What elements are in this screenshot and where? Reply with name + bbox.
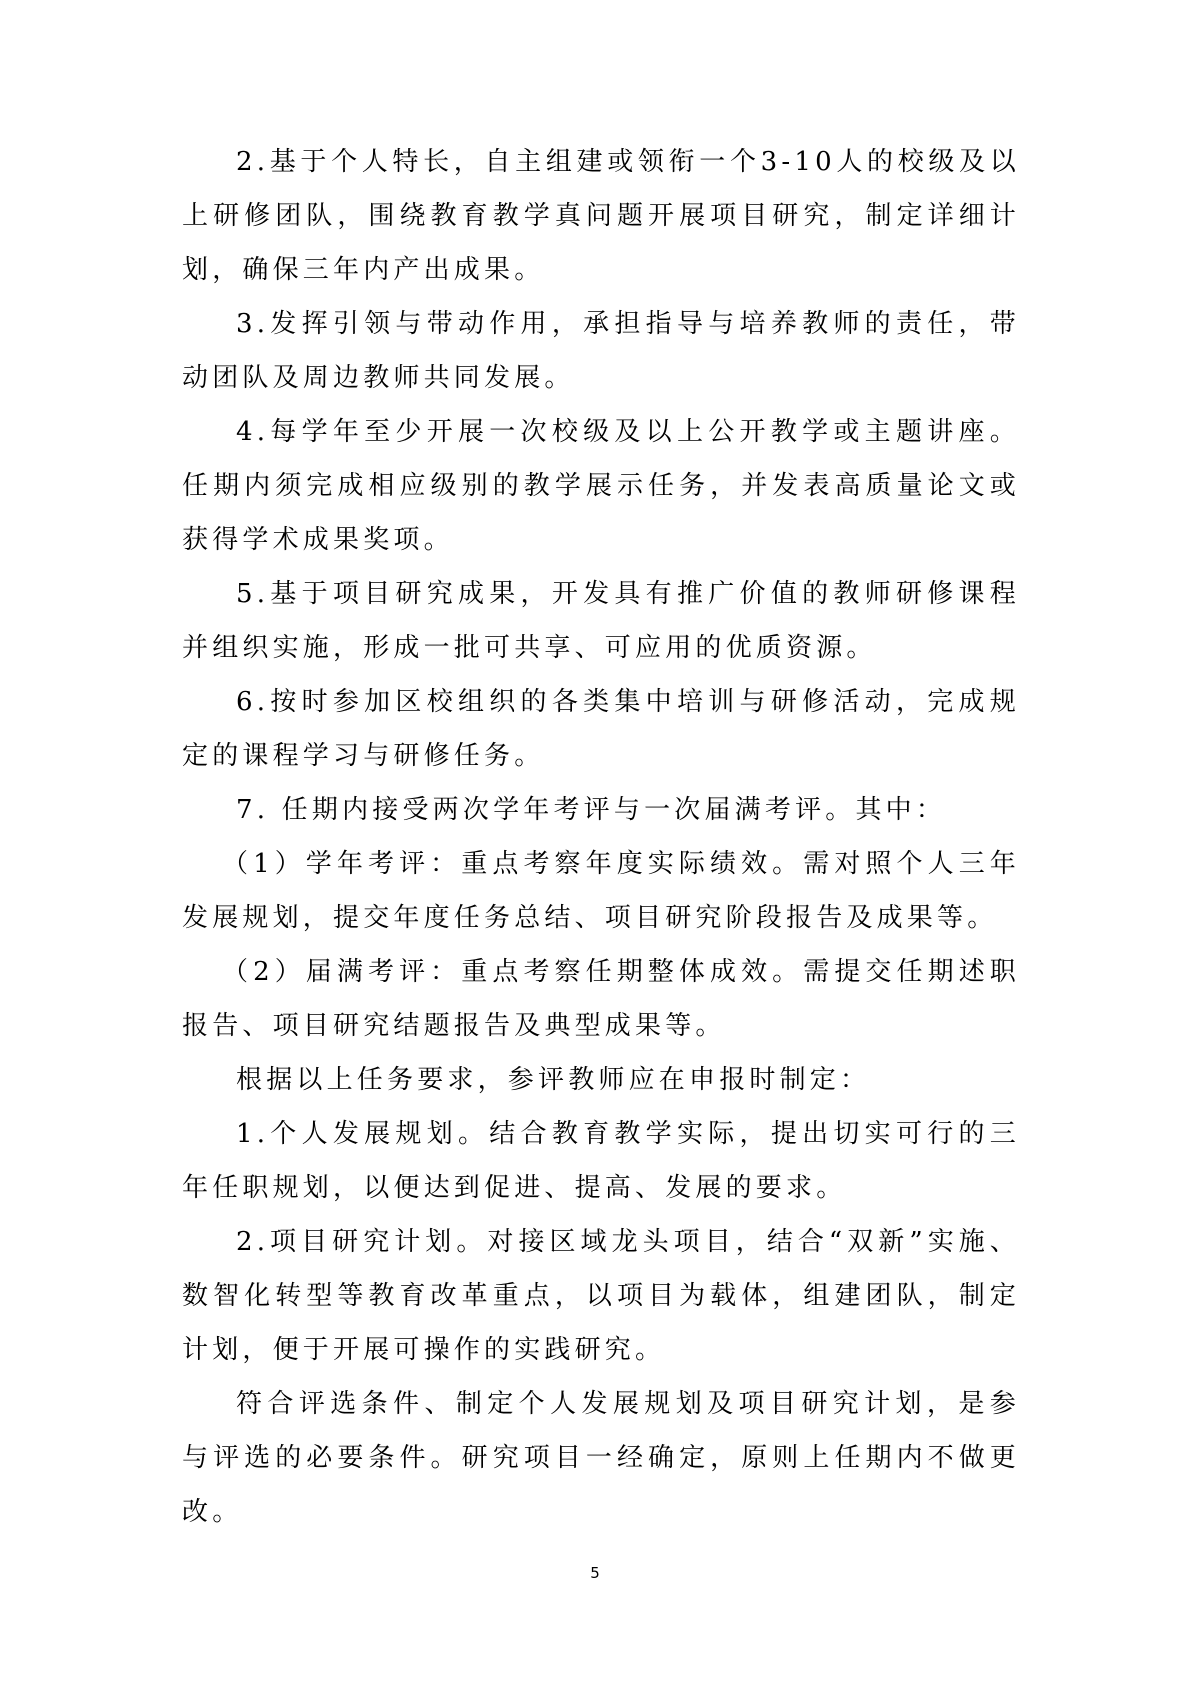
paragraph-plans-intro: 根据以上任务要求，参评教师应在申报时制定：: [182, 1053, 1020, 1107]
paragraph-task-6: 6.按时参加区校组织的各类集中培训与研修活动，完成规定的课程学习与研修任务。: [182, 675, 1020, 783]
page-number: 5: [0, 1563, 1190, 1583]
document-page: 2.基于个人特长，自主组建或领衔一个3-10人的校级及以上研修团队，围绕教育教学…: [0, 0, 1190, 1683]
paragraph-task-7: 7. 任期内接受两次学年考评与一次届满考评。其中：: [182, 783, 1020, 837]
paragraph-task-7-annual-review: （1）学年考评：重点考察年度实际绩效。需对照个人三年发展规划，提交年度任务总结、…: [182, 837, 1020, 945]
paragraph-plan-personal-development: 1.个人发展规划。结合教育教学实际，提出切实可行的三年任职规划，以便达到促进、提…: [182, 1107, 1020, 1215]
document-body: 2.基于个人特长，自主组建或领衔一个3-10人的校级及以上研修团队，围绕教育教学…: [182, 135, 1020, 1539]
paragraph-conclusion: 符合评选条件、制定个人发展规划及项目研究计划，是参与评选的必要条件。研究项目一经…: [182, 1377, 1020, 1539]
paragraph-task-7-term-review: （2）届满考评：重点考察任期整体成效。需提交任期述职报告、项目研究结题报告及典型…: [182, 945, 1020, 1053]
paragraph-task-4: 4.每学年至少开展一次校级及以上公开教学或主题讲座。任期内须完成相应级别的教学展…: [182, 405, 1020, 567]
paragraph-task-3: 3.发挥引领与带动作用，承担指导与培养教师的责任，带动团队及周边教师共同发展。: [182, 297, 1020, 405]
paragraph-task-2: 2.基于个人特长，自主组建或领衔一个3-10人的校级及以上研修团队，围绕教育教学…: [182, 135, 1020, 297]
paragraph-task-5: 5.基于项目研究成果，开发具有推广价值的教师研修课程并组织实施，形成一批可共享、…: [182, 567, 1020, 675]
paragraph-plan-project-research: 2.项目研究计划。对接区域龙头项目，结合“双新”实施、数智化转型等教育改革重点，…: [182, 1215, 1020, 1377]
